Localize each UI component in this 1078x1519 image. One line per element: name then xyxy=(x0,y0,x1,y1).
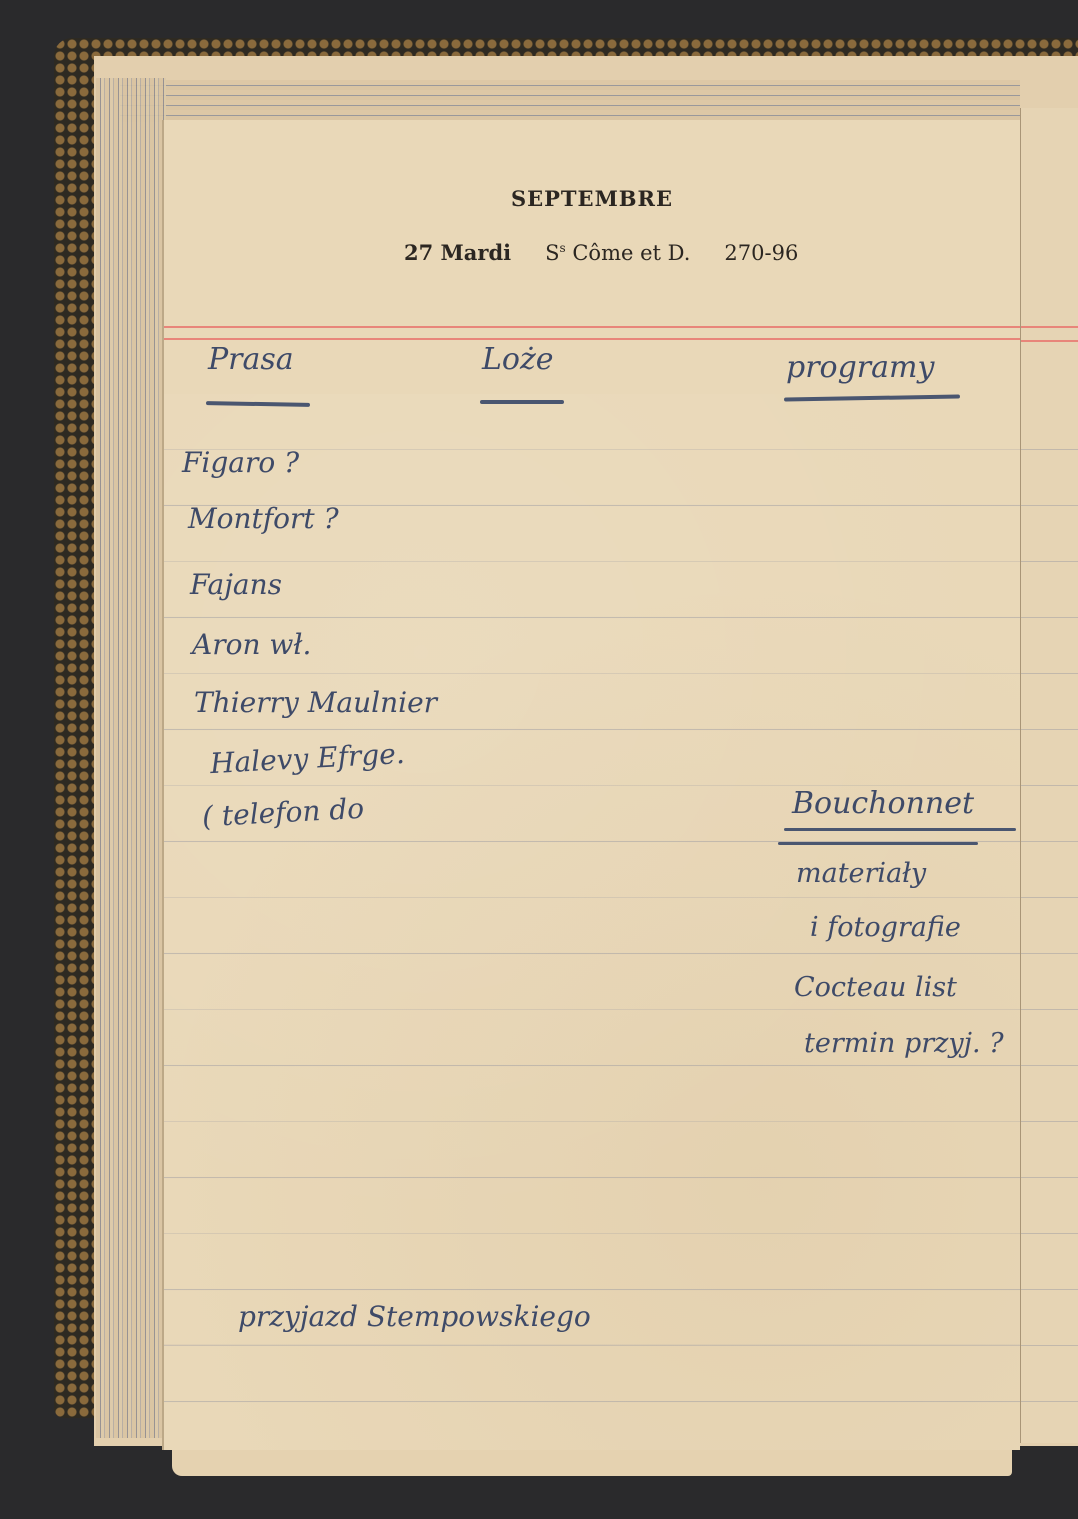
ruled-lines xyxy=(1021,108,1078,1443)
page-edges-left xyxy=(96,78,166,1438)
heading-underline xyxy=(784,394,960,401)
red-rule xyxy=(164,326,1020,328)
programy-note-line: materiały xyxy=(796,858,926,889)
prasa-entry: Aron wł. xyxy=(192,628,311,661)
prasa-entry: Figaro ? xyxy=(182,446,299,479)
note-underline xyxy=(784,828,1016,831)
note-underline xyxy=(778,842,978,845)
programy-note-heading: Bouchonnet xyxy=(792,786,974,821)
diary-page: SEPTEMBRE 27 MardiSs Côme et D.270-96 Pr… xyxy=(164,120,1020,1450)
programy-note-line: i fotografie xyxy=(810,912,961,943)
date-line: 27 MardiSs Côme et D.270-96 xyxy=(404,240,798,265)
saint-name: Côme et D. xyxy=(566,241,691,265)
prasa-entry: Thierry Maulnier xyxy=(194,686,437,719)
saint-prefix: S xyxy=(545,241,559,265)
heading-underline xyxy=(480,400,564,404)
column-heading-loze: Loże xyxy=(482,342,554,377)
saint-of-day: Ss Côme et D. xyxy=(545,241,690,265)
column-heading-programy: programy xyxy=(786,350,934,385)
prasa-entry: Halevy Efrge. xyxy=(209,737,405,780)
facing-page-edge xyxy=(1020,108,1078,1443)
column-heading-prasa: Prasa xyxy=(208,342,294,377)
programy-note-line: termin przyj. ? xyxy=(804,1028,1004,1059)
red-rule xyxy=(164,338,1020,340)
page-edges-top xyxy=(120,80,1020,122)
weekday: Mardi xyxy=(441,240,512,265)
prasa-entry: Fajans xyxy=(190,568,282,601)
heading-underline xyxy=(206,401,310,407)
day-number: 27 xyxy=(404,240,433,265)
red-rule xyxy=(1021,340,1078,342)
programy-note-line: Cocteau list xyxy=(794,972,957,1003)
red-rule xyxy=(1021,326,1078,328)
prasa-entry: ( telefon do xyxy=(201,792,365,833)
ruled-lines xyxy=(164,120,1020,1450)
month-heading: SEPTEMBRE xyxy=(164,186,1020,211)
footer-note: przyjazd Stempowskiego xyxy=(238,1300,591,1333)
prasa-entry: Montfort ? xyxy=(188,502,339,535)
day-date: 27 Mardi xyxy=(404,240,511,265)
day-count: 270-96 xyxy=(724,241,798,265)
